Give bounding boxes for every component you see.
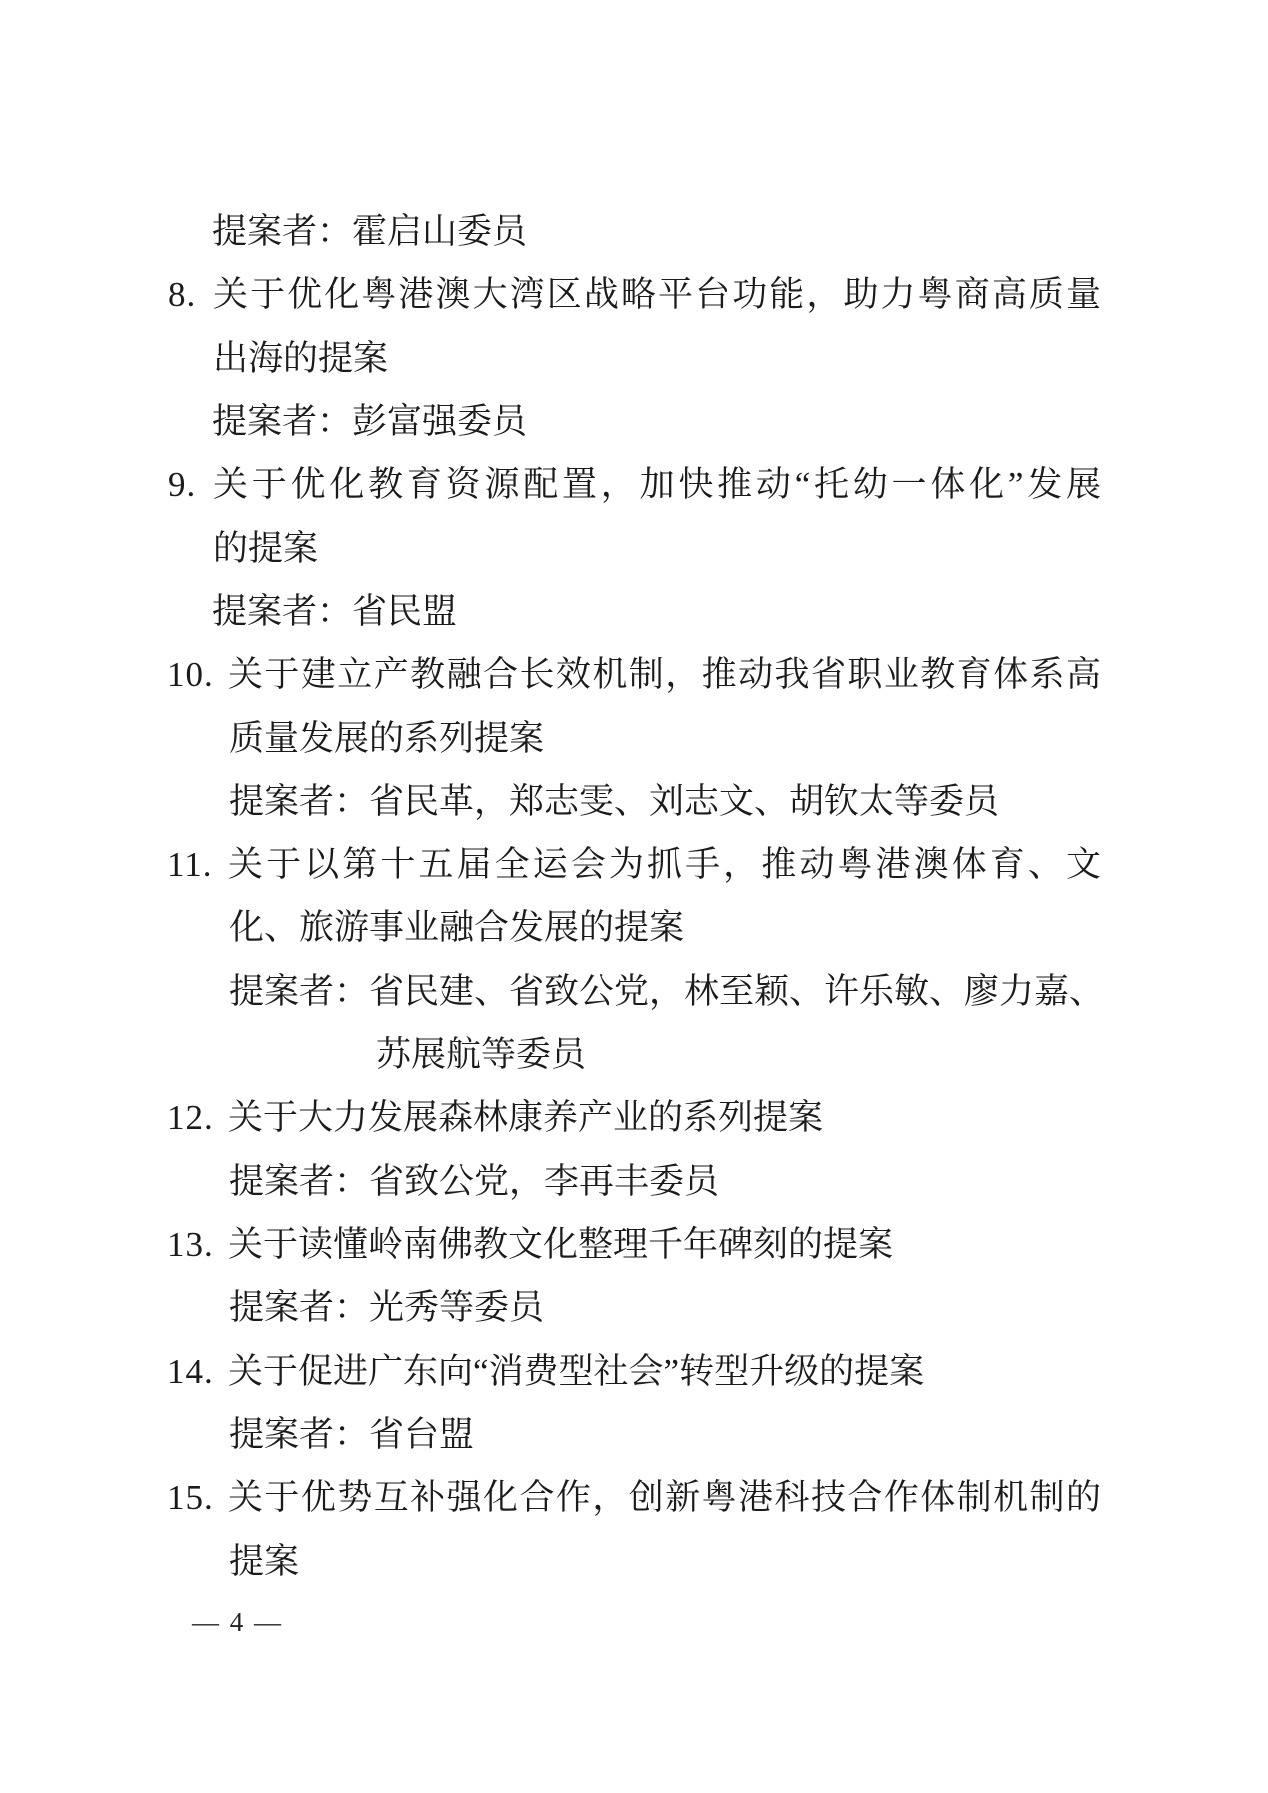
line-text: 关于以第十五届全运会为抓手，推动粤港澳体育、文 (228, 833, 1101, 896)
line-text: 质量发展的系列提案 (229, 707, 1268, 770)
line-text: 提案者：省台盟 (229, 1403, 1268, 1466)
line-text: 化、旅游事业融合发展的提案 (229, 896, 1268, 959)
line-text: 提案者：省致公党，李再丰委员 (229, 1150, 1268, 1213)
text-line: 提案者：省台盟 (0, 1403, 1268, 1466)
text-line: 12. 关于大力发展森林康养产业的系列提案 (0, 1086, 1268, 1149)
document-body: 提案者：霍启山委员 8. 关于优化粤港澳大湾区战略平台功能，助力粤商高质量 出海… (0, 200, 1268, 1593)
line-text: 关于优化粤港澳大湾区战略平台功能，助力粤商高质量 (213, 263, 1101, 326)
line-text: 提案者：霍启山委员 (212, 200, 1268, 263)
line-text: 关于大力发展森林康养产业的系列提案 (228, 1086, 1268, 1149)
page-number: — 4 — (192, 1607, 283, 1637)
text-line: 质量发展的系列提案 (0, 707, 1268, 770)
line-text: 关于优化教育资源配置，加快推动“托幼一体化”发展 (213, 453, 1101, 516)
line-text: 提案者：省民建、省致公党，林至颖、许乐敏、廖力嘉、 (229, 960, 1268, 1023)
line-number: 8. (168, 263, 196, 326)
document-page: 提案者：霍启山委员 8. 关于优化粤港澳大湾区战略平台功能，助力粤商高质量 出海… (0, 0, 1268, 1793)
line-text: 苏展航等委员 (376, 1023, 1268, 1086)
text-line: 出海的提案 (0, 327, 1268, 390)
line-number: 13. (167, 1213, 214, 1276)
line-text: 关于建立产教融合长效机制，推动我省职业教育体系高 (228, 643, 1101, 706)
text-line: 化、旅游事业融合发展的提案 (0, 896, 1268, 959)
line-number: 9. (168, 453, 196, 516)
line-number: 15. (167, 1466, 214, 1529)
text-line: 提案者：省民盟 (0, 580, 1268, 643)
text-line: 苏展航等委员 (0, 1023, 1268, 1086)
text-line: 提案 (0, 1530, 1268, 1593)
page-footer: — 4 — (192, 1600, 283, 1644)
text-line: 14. 关于促进广东向“消费型社会”转型升级的提案 (0, 1340, 1268, 1403)
text-line: 提案者：光秀等委员 (0, 1276, 1268, 1339)
text-line: 的提案 (0, 517, 1268, 580)
line-text: 关于促进广东向“消费型社会”转型升级的提案 (228, 1340, 1268, 1403)
text-line: 提案者：彭富强委员 (0, 390, 1268, 453)
line-text: 关于优势互补强化合作，创新粤港科技合作体制机制的 (228, 1466, 1101, 1529)
text-line: 15. 关于优势互补强化合作，创新粤港科技合作体制机制的 (0, 1466, 1268, 1529)
line-number: 10. (167, 643, 214, 706)
line-text: 出海的提案 (213, 327, 1268, 390)
text-line: 提案者：霍启山委员 (0, 200, 1268, 263)
line-text: 的提案 (213, 517, 1268, 580)
line-number: 11. (167, 833, 212, 896)
line-text: 提案者：省民革，郑志雯、刘志文、胡钦太等委员 (229, 770, 1268, 833)
line-text: 提案者：彭富强委员 (212, 390, 1268, 453)
text-line: 11. 关于以第十五届全运会为抓手，推动粤港澳体育、文 (0, 833, 1268, 896)
text-line: 提案者：省致公党，李再丰委员 (0, 1150, 1268, 1213)
text-line: 13. 关于读懂岭南佛教文化整理千年碑刻的提案 (0, 1213, 1268, 1276)
text-line: 提案者：省民建、省致公党，林至颖、许乐敏、廖力嘉、 (0, 960, 1268, 1023)
text-line: 9. 关于优化教育资源配置，加快推动“托幼一体化”发展 (0, 453, 1268, 516)
line-text: 提案者：省民盟 (212, 580, 1268, 643)
line-number: 12. (167, 1086, 214, 1149)
line-number: 14. (167, 1340, 214, 1403)
line-text: 提案者：光秀等委员 (229, 1276, 1268, 1339)
line-text: 关于读懂岭南佛教文化整理千年碑刻的提案 (228, 1213, 1268, 1276)
line-text: 提案 (229, 1530, 1268, 1593)
text-line: 提案者：省民革，郑志雯、刘志文、胡钦太等委员 (0, 770, 1268, 833)
text-line: 8. 关于优化粤港澳大湾区战略平台功能，助力粤商高质量 (0, 263, 1268, 326)
text-line: 10. 关于建立产教融合长效机制，推动我省职业教育体系高 (0, 643, 1268, 706)
